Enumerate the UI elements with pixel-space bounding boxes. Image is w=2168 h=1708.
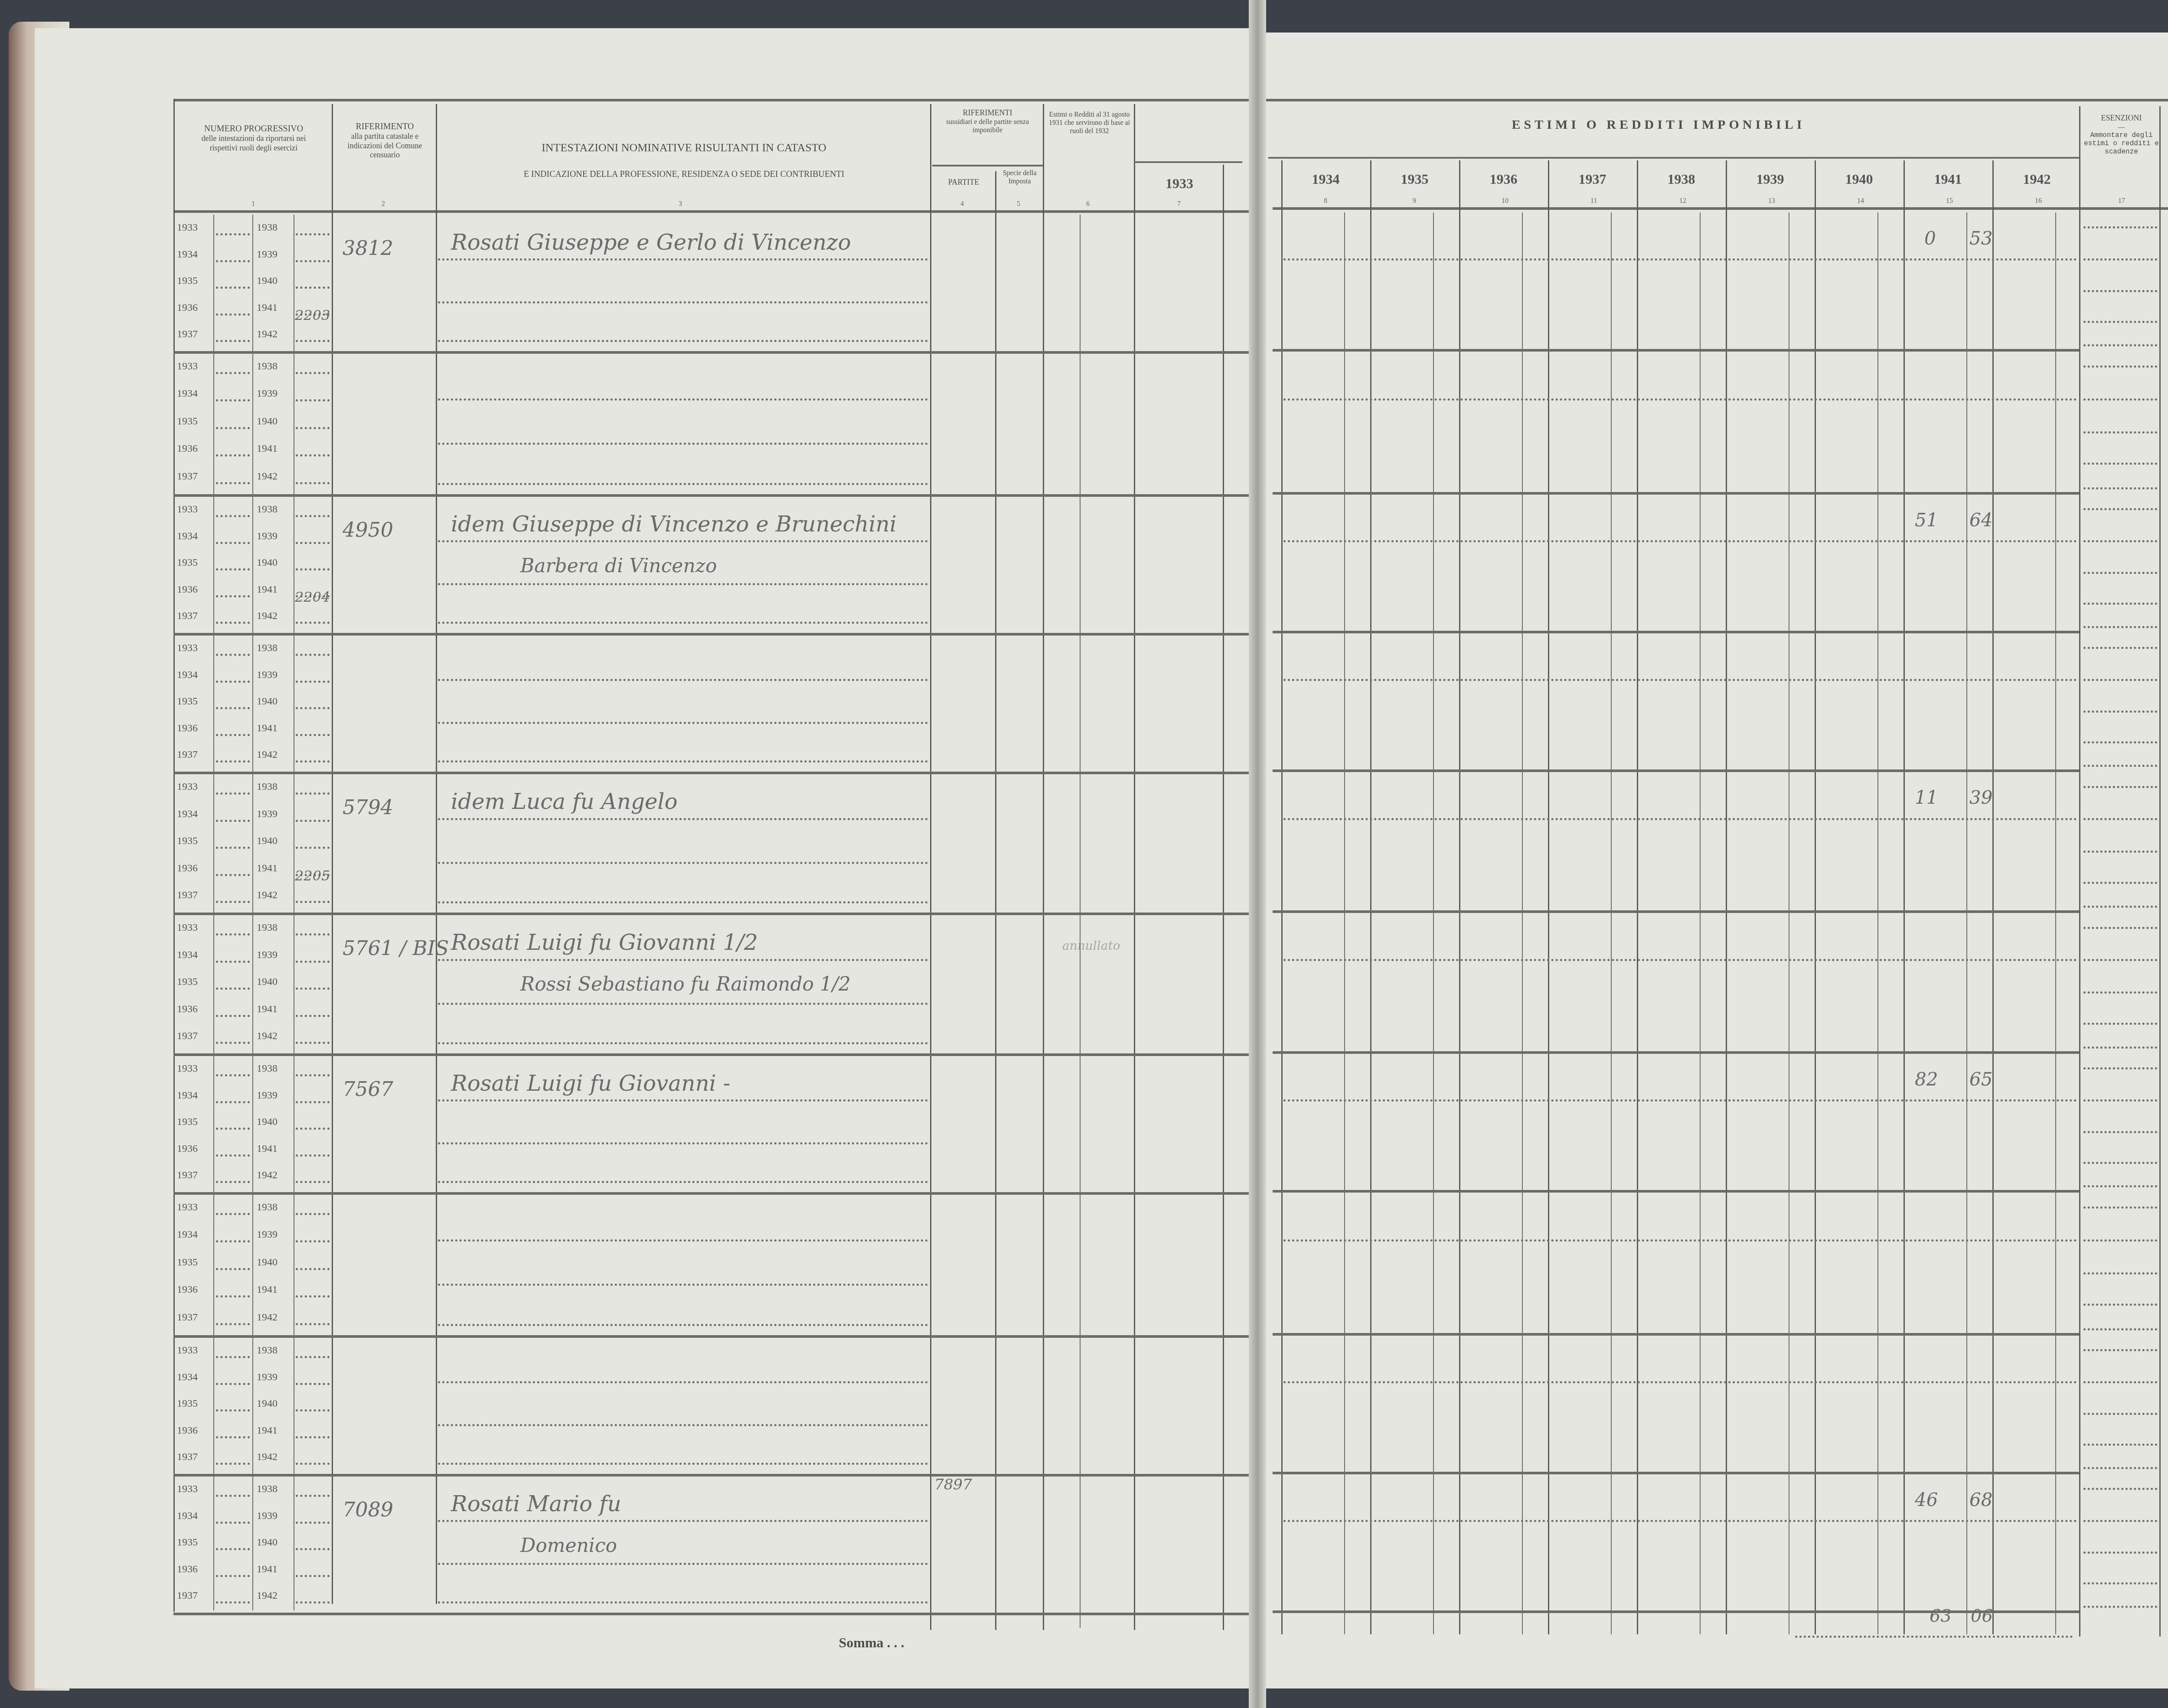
- year-label: 1933: [177, 781, 198, 793]
- dotted-line: [2083, 321, 2157, 323]
- dotted-line: [2083, 927, 2157, 929]
- year-label: 1935: [177, 976, 198, 988]
- dotted-line: [296, 988, 330, 990]
- column-number: 2: [382, 200, 385, 208]
- column-number: 1: [251, 200, 255, 208]
- year-label: 1937: [177, 890, 198, 901]
- dotted-line: [2083, 1023, 2157, 1025]
- dotted-line: [438, 1463, 928, 1465]
- progressivo-number: 2204: [295, 589, 330, 605]
- header-subtitle: delle intestazioni da riportarsi nei ris…: [176, 134, 332, 153]
- dotted-line: [2083, 711, 2157, 713]
- year-label: 1934: [177, 669, 198, 681]
- entry-separator: [173, 494, 1249, 497]
- dotted-line: [296, 260, 330, 262]
- dotted-line: [1283, 1239, 2077, 1242]
- dotted-line: [438, 1601, 928, 1604]
- dotted-line: [438, 722, 928, 724]
- section-title-estimi: ESTIMI O REDDITI IMPONIBILI: [1322, 117, 1995, 133]
- year-label: 1942: [257, 1590, 278, 1602]
- dotted-line: [438, 818, 928, 820]
- year-label: 1941: [257, 584, 278, 596]
- cents-divider: [2055, 212, 2056, 1634]
- dotted-line: [216, 427, 250, 429]
- year-label: 1935: [177, 416, 198, 427]
- year-label: 1940: [257, 416, 278, 427]
- year-label: 1941: [257, 863, 278, 874]
- dotted-line: [296, 654, 330, 656]
- year-label: 1936: [177, 443, 198, 455]
- taxpayer-name: Rosati Luigi fu Giovanni -: [451, 1071, 730, 1096]
- dotted-line: [2083, 1552, 2157, 1554]
- year-label: 1938: [257, 1063, 278, 1075]
- dotted-line: [296, 1548, 330, 1550]
- dotted-line: [216, 874, 250, 876]
- partita-number: 7089: [343, 1498, 393, 1521]
- year-label: 1937: [177, 1590, 198, 1602]
- dotted-line: [2083, 508, 2157, 510]
- header-partite: PARTITE: [932, 178, 995, 187]
- year-label: 1934: [177, 1372, 198, 1383]
- year-label: 1938: [257, 1483, 278, 1495]
- year-label: 1935: [177, 835, 198, 847]
- dotted-line: [216, 847, 250, 849]
- year-label: 1934: [177, 949, 198, 961]
- year-label: 1937: [177, 1312, 198, 1323]
- year-label: 1935: [177, 1116, 198, 1128]
- col-divider: [995, 171, 996, 1630]
- dotted-line: [2083, 1328, 2157, 1330]
- year-label: 1940: [257, 1116, 278, 1128]
- value-1941-lire: 51: [1915, 509, 1938, 531]
- dotted-line: [296, 1601, 330, 1604]
- subheader-rule: [932, 165, 1043, 166]
- year-label: 1935: [177, 1537, 198, 1548]
- dotted-line: [296, 792, 330, 795]
- year-label: 1933: [177, 642, 198, 654]
- year-label: 1938: [257, 781, 278, 793]
- year-header-1935: 1935: [1370, 171, 1459, 187]
- dotted-line: [2083, 540, 2157, 542]
- dotted-line: [216, 1601, 250, 1604]
- year-label: 1941: [257, 1284, 278, 1296]
- dotted-line: [2083, 959, 2157, 961]
- dotted-line: [296, 1240, 330, 1242]
- year-header-1936: 1936: [1459, 171, 1548, 187]
- dotted-line: [216, 1463, 250, 1465]
- dotted-line: [438, 340, 928, 342]
- dotted-line: [296, 542, 330, 544]
- entry-separator: [1273, 1472, 2079, 1474]
- top-rule: [1266, 99, 2168, 101]
- dotted-line: [2083, 1349, 2157, 1351]
- dotted-line: [296, 1074, 330, 1076]
- dotted-line: [216, 260, 250, 262]
- header-title: RIFERIMENTI: [932, 108, 1043, 118]
- taxpayer-name: idem Giuseppe di Vincenzo e Brunechini: [451, 512, 897, 537]
- dotted-line: [216, 681, 250, 683]
- dotted-line: [296, 1495, 330, 1497]
- dotted-line: [2083, 603, 2157, 605]
- year-label: 1939: [257, 1510, 278, 1522]
- year-header-1937: 1937: [1548, 171, 1637, 187]
- dotted-line: [296, 707, 330, 709]
- dotted-line: [216, 1356, 250, 1358]
- dotted-line: [216, 1495, 250, 1497]
- year-label: 1934: [177, 1229, 198, 1241]
- year-label: 1938: [257, 222, 278, 234]
- entry-separator: [173, 772, 1249, 774]
- dotted-line: [296, 399, 330, 401]
- year-label: 1940: [257, 835, 278, 847]
- cents-divider: [1700, 212, 1701, 1634]
- dotted-line: [2083, 1046, 2157, 1049]
- dotted-line: [296, 847, 330, 849]
- dotted-line: [438, 1563, 928, 1565]
- dotted-line: [1283, 1520, 2077, 1522]
- dotted-line: [2083, 398, 2157, 401]
- dotted-line: [2083, 882, 2157, 884]
- year-label: 1934: [177, 1510, 198, 1522]
- year-label: 1942: [257, 471, 278, 482]
- entry-separator: [173, 913, 1249, 915]
- dotted-line: [296, 427, 330, 429]
- dotted-line: [216, 1522, 250, 1524]
- year-label: 1941: [257, 723, 278, 734]
- header-annotazioni: ANNOTAZIONI: [2161, 145, 2168, 159]
- year-label: 1939: [257, 669, 278, 681]
- partita-number: 5794: [343, 795, 393, 819]
- dotted-line: [216, 1295, 250, 1297]
- dotted-line: [216, 454, 250, 456]
- dotted-line: [296, 1463, 330, 1465]
- dotted-line: [438, 1099, 928, 1102]
- header-riferimenti: RIFERIMENTI sussidiari e delle partite s…: [932, 108, 1043, 134]
- dotted-line: [216, 313, 250, 316]
- dotted-line: [1283, 540, 2077, 542]
- dotted-line: [296, 1575, 330, 1577]
- dotted-line: [296, 1409, 330, 1411]
- value-1941-lire: 11: [1915, 787, 1938, 808]
- col-divider: [930, 104, 931, 1630]
- col-divider: [2159, 106, 2161, 1636]
- col-divider: [1370, 160, 1371, 1634]
- entry-separator: [1273, 349, 2079, 352]
- dotted-line: [1283, 818, 2077, 820]
- dotted-line: [438, 1239, 928, 1242]
- year-label: 1942: [257, 1451, 278, 1463]
- taxpayer-name: Rosati Giuseppe e Gerlo di Vincenzo: [451, 230, 851, 255]
- cents-divider: [1611, 212, 1612, 1634]
- year-label: 1936: [177, 1004, 198, 1015]
- dotted-line: [216, 933, 250, 935]
- dotted-line: [438, 679, 928, 681]
- dotted-line: [438, 583, 928, 585]
- dotted-line: [2083, 365, 2157, 368]
- dotted-line: [2083, 1488, 2157, 1490]
- dotted-line: [1283, 679, 2077, 681]
- dotted-line: [438, 1003, 928, 1005]
- book-spine: [1249, 0, 1266, 1708]
- column-number: 5: [1017, 200, 1020, 208]
- year-label: 1935: [177, 1398, 198, 1410]
- cents-divider: [1522, 212, 1523, 1634]
- dotted-line: [296, 681, 330, 683]
- dotted-line: [296, 760, 330, 763]
- dotted-line: [216, 1042, 250, 1044]
- dotted-line: [296, 1522, 330, 1524]
- header-intestazioni-subtitle: E INDICAZIONE DELLA PROFESSIONE, RESIDEN…: [438, 169, 930, 179]
- year-header-1941: 1941: [1904, 171, 1992, 187]
- col-divider: [1992, 160, 1994, 1634]
- dotted-line: [2083, 741, 2157, 743]
- dotted-line: [216, 1323, 250, 1325]
- entry-separator: [173, 1192, 1249, 1195]
- year-label: 1934: [177, 808, 198, 820]
- column-number: 8: [1324, 197, 1327, 205]
- header-bottom-rule: [173, 210, 1249, 213]
- dotted-line: [296, 1268, 330, 1270]
- header-year-1933: 1933: [1136, 176, 1223, 192]
- dotted-line: [1283, 258, 2077, 261]
- dotted-line: [2083, 1413, 2157, 1415]
- column-number: 12: [1679, 197, 1686, 205]
- dotted-line: [296, 961, 330, 963]
- dotted-line: [296, 1436, 330, 1438]
- dotted-line: [438, 398, 928, 401]
- dotted-line: [216, 1409, 250, 1411]
- dotted-line: [2083, 1467, 2157, 1469]
- year-label: 1936: [177, 1143, 198, 1155]
- dotted-line: [296, 1295, 330, 1297]
- struck-note: annullato: [1062, 939, 1120, 953]
- year-label: 1934: [177, 1090, 198, 1102]
- dotted-line: [216, 988, 250, 990]
- dotted-line: [2083, 626, 2157, 628]
- dotted-line: [438, 483, 928, 485]
- cents-divider: [1433, 212, 1434, 1634]
- year-label: 1933: [177, 1483, 198, 1495]
- year-label: 1942: [257, 1170, 278, 1181]
- entry-separator: [1273, 1610, 2079, 1613]
- somma-dotted-line: [1795, 1636, 2073, 1638]
- column-number: 17: [2118, 197, 2125, 205]
- dotted-line: [438, 1324, 928, 1326]
- cents-divider: [1966, 212, 1967, 1634]
- dotted-line: [216, 707, 250, 709]
- dotted-line: [2083, 818, 2157, 820]
- year-label: 1935: [177, 696, 198, 707]
- entry-separator: [1273, 769, 2079, 772]
- col-divider: [436, 104, 437, 1604]
- header-subtitle: sussidiari e delle partite senza imponib…: [932, 118, 1043, 134]
- left-page: [35, 28, 1257, 1688]
- dotted-line: [438, 1520, 928, 1522]
- col-divider: [1043, 104, 1044, 1630]
- dotted-line: [296, 734, 330, 736]
- year-label: 1938: [257, 642, 278, 654]
- year-label: 1940: [257, 1398, 278, 1410]
- year-label: 1939: [257, 808, 278, 820]
- year-label: 1942: [257, 749, 278, 761]
- year-header-1938: 1938: [1637, 171, 1726, 187]
- dotted-line: [438, 1042, 928, 1044]
- dotted-line: [216, 1181, 250, 1183]
- dotted-line: [216, 820, 250, 822]
- header-title: ESENZIONI: [2081, 114, 2161, 123]
- dotted-line: [2083, 991, 2157, 994]
- dotted-line: [296, 568, 330, 570]
- dotted-line: [2083, 1582, 2157, 1584]
- year-label: 1941: [257, 443, 278, 455]
- year-label: 1933: [177, 361, 198, 372]
- value-1941-lire: 46: [1915, 1489, 1938, 1510]
- header-numero-progressivo: NUMERO PROGRESSIVO delle intestazioni da…: [176, 124, 332, 153]
- year-label: 1933: [177, 922, 198, 934]
- dotted-line: [216, 542, 250, 544]
- header-dash: —: [2081, 123, 2161, 131]
- year-label: 1937: [177, 610, 198, 622]
- entry-separator: [173, 1613, 1249, 1615]
- entry-separator: [1273, 1051, 2079, 1054]
- year-label: 1941: [257, 1564, 278, 1575]
- background: [0, 0, 2168, 30]
- col-divider: [1080, 215, 1081, 1628]
- taxpayer-name-line2: Rossi Sebastiano fu Raimondo 1/2: [520, 973, 851, 995]
- entry-separator: [173, 633, 1249, 636]
- year-label: 1941: [257, 1425, 278, 1437]
- dotted-line: [216, 1575, 250, 1577]
- dotted-line: [296, 233, 330, 235]
- dotted-line: [216, 1154, 250, 1157]
- form-identifier: Mod. 111 - Imposte Dirette (Intercalare)…: [2116, 70, 2168, 81]
- dotted-line: [1283, 1381, 2077, 1383]
- entry-separator: [1273, 910, 2079, 913]
- left-border: [173, 99, 175, 1612]
- dotted-line: [2083, 258, 2157, 261]
- year-label: 1934: [177, 249, 198, 261]
- year-header-1942: 1942: [1992, 171, 2081, 187]
- dotted-line: [296, 901, 330, 903]
- header-riferimento: RIFERIMENTO alla partita catastale e ind…: [334, 121, 436, 160]
- column-number: 3: [679, 200, 682, 208]
- dotted-line: [296, 820, 330, 822]
- col-divider: [1815, 160, 1816, 1634]
- year-label: 1936: [177, 1564, 198, 1575]
- year-label: 1935: [177, 1257, 198, 1268]
- dotted-line: [2083, 487, 2157, 489]
- dotted-line: [216, 340, 250, 342]
- entry-separator: [1273, 1333, 2079, 1336]
- year-label: 1937: [177, 1030, 198, 1042]
- dotted-line: [2083, 851, 2157, 853]
- dotted-line: [2083, 1444, 2157, 1446]
- year-label: 1938: [257, 361, 278, 372]
- year-label: 1939: [257, 949, 278, 961]
- progressivo-number: 2205: [295, 867, 330, 884]
- column-number: 15: [1946, 197, 1953, 205]
- year-label: 1939: [257, 531, 278, 542]
- year-label: 1936: [177, 863, 198, 874]
- dotted-line: [296, 1181, 330, 1183]
- dotted-line: [2083, 786, 2157, 788]
- partita-number: 5761 / BIS: [343, 936, 449, 960]
- dotted-line: [2083, 344, 2157, 346]
- dotted-line: [2083, 1272, 2157, 1274]
- right-page: [1262, 33, 2168, 1688]
- year-label: 1933: [177, 222, 198, 234]
- entry-separator: [173, 1474, 1249, 1477]
- year-label: 1934: [177, 531, 198, 542]
- year-label: 1933: [177, 1202, 198, 1213]
- header-subtitle: alla partita catastale e indicazioni del…: [334, 132, 436, 160]
- dotted-line: [2083, 1304, 2157, 1306]
- dotted-line: [216, 515, 250, 517]
- dotted-line: [2083, 1131, 2157, 1133]
- taxpayer-name: Rosati Mario fu: [451, 1491, 621, 1516]
- dotted-line: [2083, 226, 2157, 228]
- dotted-line: [438, 301, 928, 303]
- partita-number: 3812: [343, 236, 393, 260]
- dotted-line: [216, 1015, 250, 1017]
- dotted-line: [438, 540, 928, 542]
- dotted-line: [216, 287, 250, 289]
- year-label: 1937: [177, 749, 198, 761]
- entry-separator: [173, 1053, 1249, 1056]
- dotted-line: [216, 595, 250, 597]
- year-label: 1940: [257, 1257, 278, 1268]
- dotted-line: [438, 1381, 928, 1383]
- header-esenzioni: ESENZIONI — Ammontare degli estimi o red…: [2081, 114, 2161, 156]
- dotted-line: [216, 654, 250, 656]
- year-header-1934: 1934: [1281, 171, 1370, 187]
- col-divider: [1223, 165, 1224, 1630]
- dotted-line: [216, 372, 250, 374]
- dotted-line: [2083, 1606, 2157, 1608]
- year-label: 1936: [177, 1425, 198, 1437]
- dotted-line: [296, 1213, 330, 1215]
- year-label: 1941: [257, 1143, 278, 1155]
- somma-1941-lire: 63: [1930, 1606, 1952, 1626]
- year-label: 1939: [257, 1090, 278, 1102]
- dotted-line: [216, 1383, 250, 1385]
- dotted-line: [438, 443, 928, 445]
- dotted-line: [2083, 1162, 2157, 1164]
- year-label: 1940: [257, 557, 278, 569]
- dotted-line: [296, 515, 330, 517]
- cents-divider: [1877, 212, 1878, 1634]
- year-label: 1938: [257, 504, 278, 515]
- header-title: RIFERIMENTO: [334, 121, 436, 132]
- somma-1941-cent: 06: [1971, 1606, 1993, 1626]
- dotted-line: [296, 482, 330, 484]
- somma-label: Somma . . .: [815, 1634, 928, 1651]
- column-number: 14: [1857, 197, 1864, 205]
- dotted-line: [296, 622, 330, 624]
- dotted-line: [216, 901, 250, 903]
- dotted-line: [216, 1101, 250, 1103]
- column-number: 16: [2035, 197, 2042, 205]
- year-label: 1936: [177, 1284, 198, 1296]
- year-header-1940: 1940: [1815, 171, 1904, 187]
- subheader-rule: [1268, 157, 2079, 159]
- dotted-line: [216, 1213, 250, 1215]
- dotted-line: [438, 760, 928, 763]
- dotted-line: [438, 959, 928, 961]
- dotted-line: [2083, 572, 2157, 574]
- dotted-line: [216, 399, 250, 401]
- taxpayer-name: idem Luca fu Angelo: [451, 789, 678, 814]
